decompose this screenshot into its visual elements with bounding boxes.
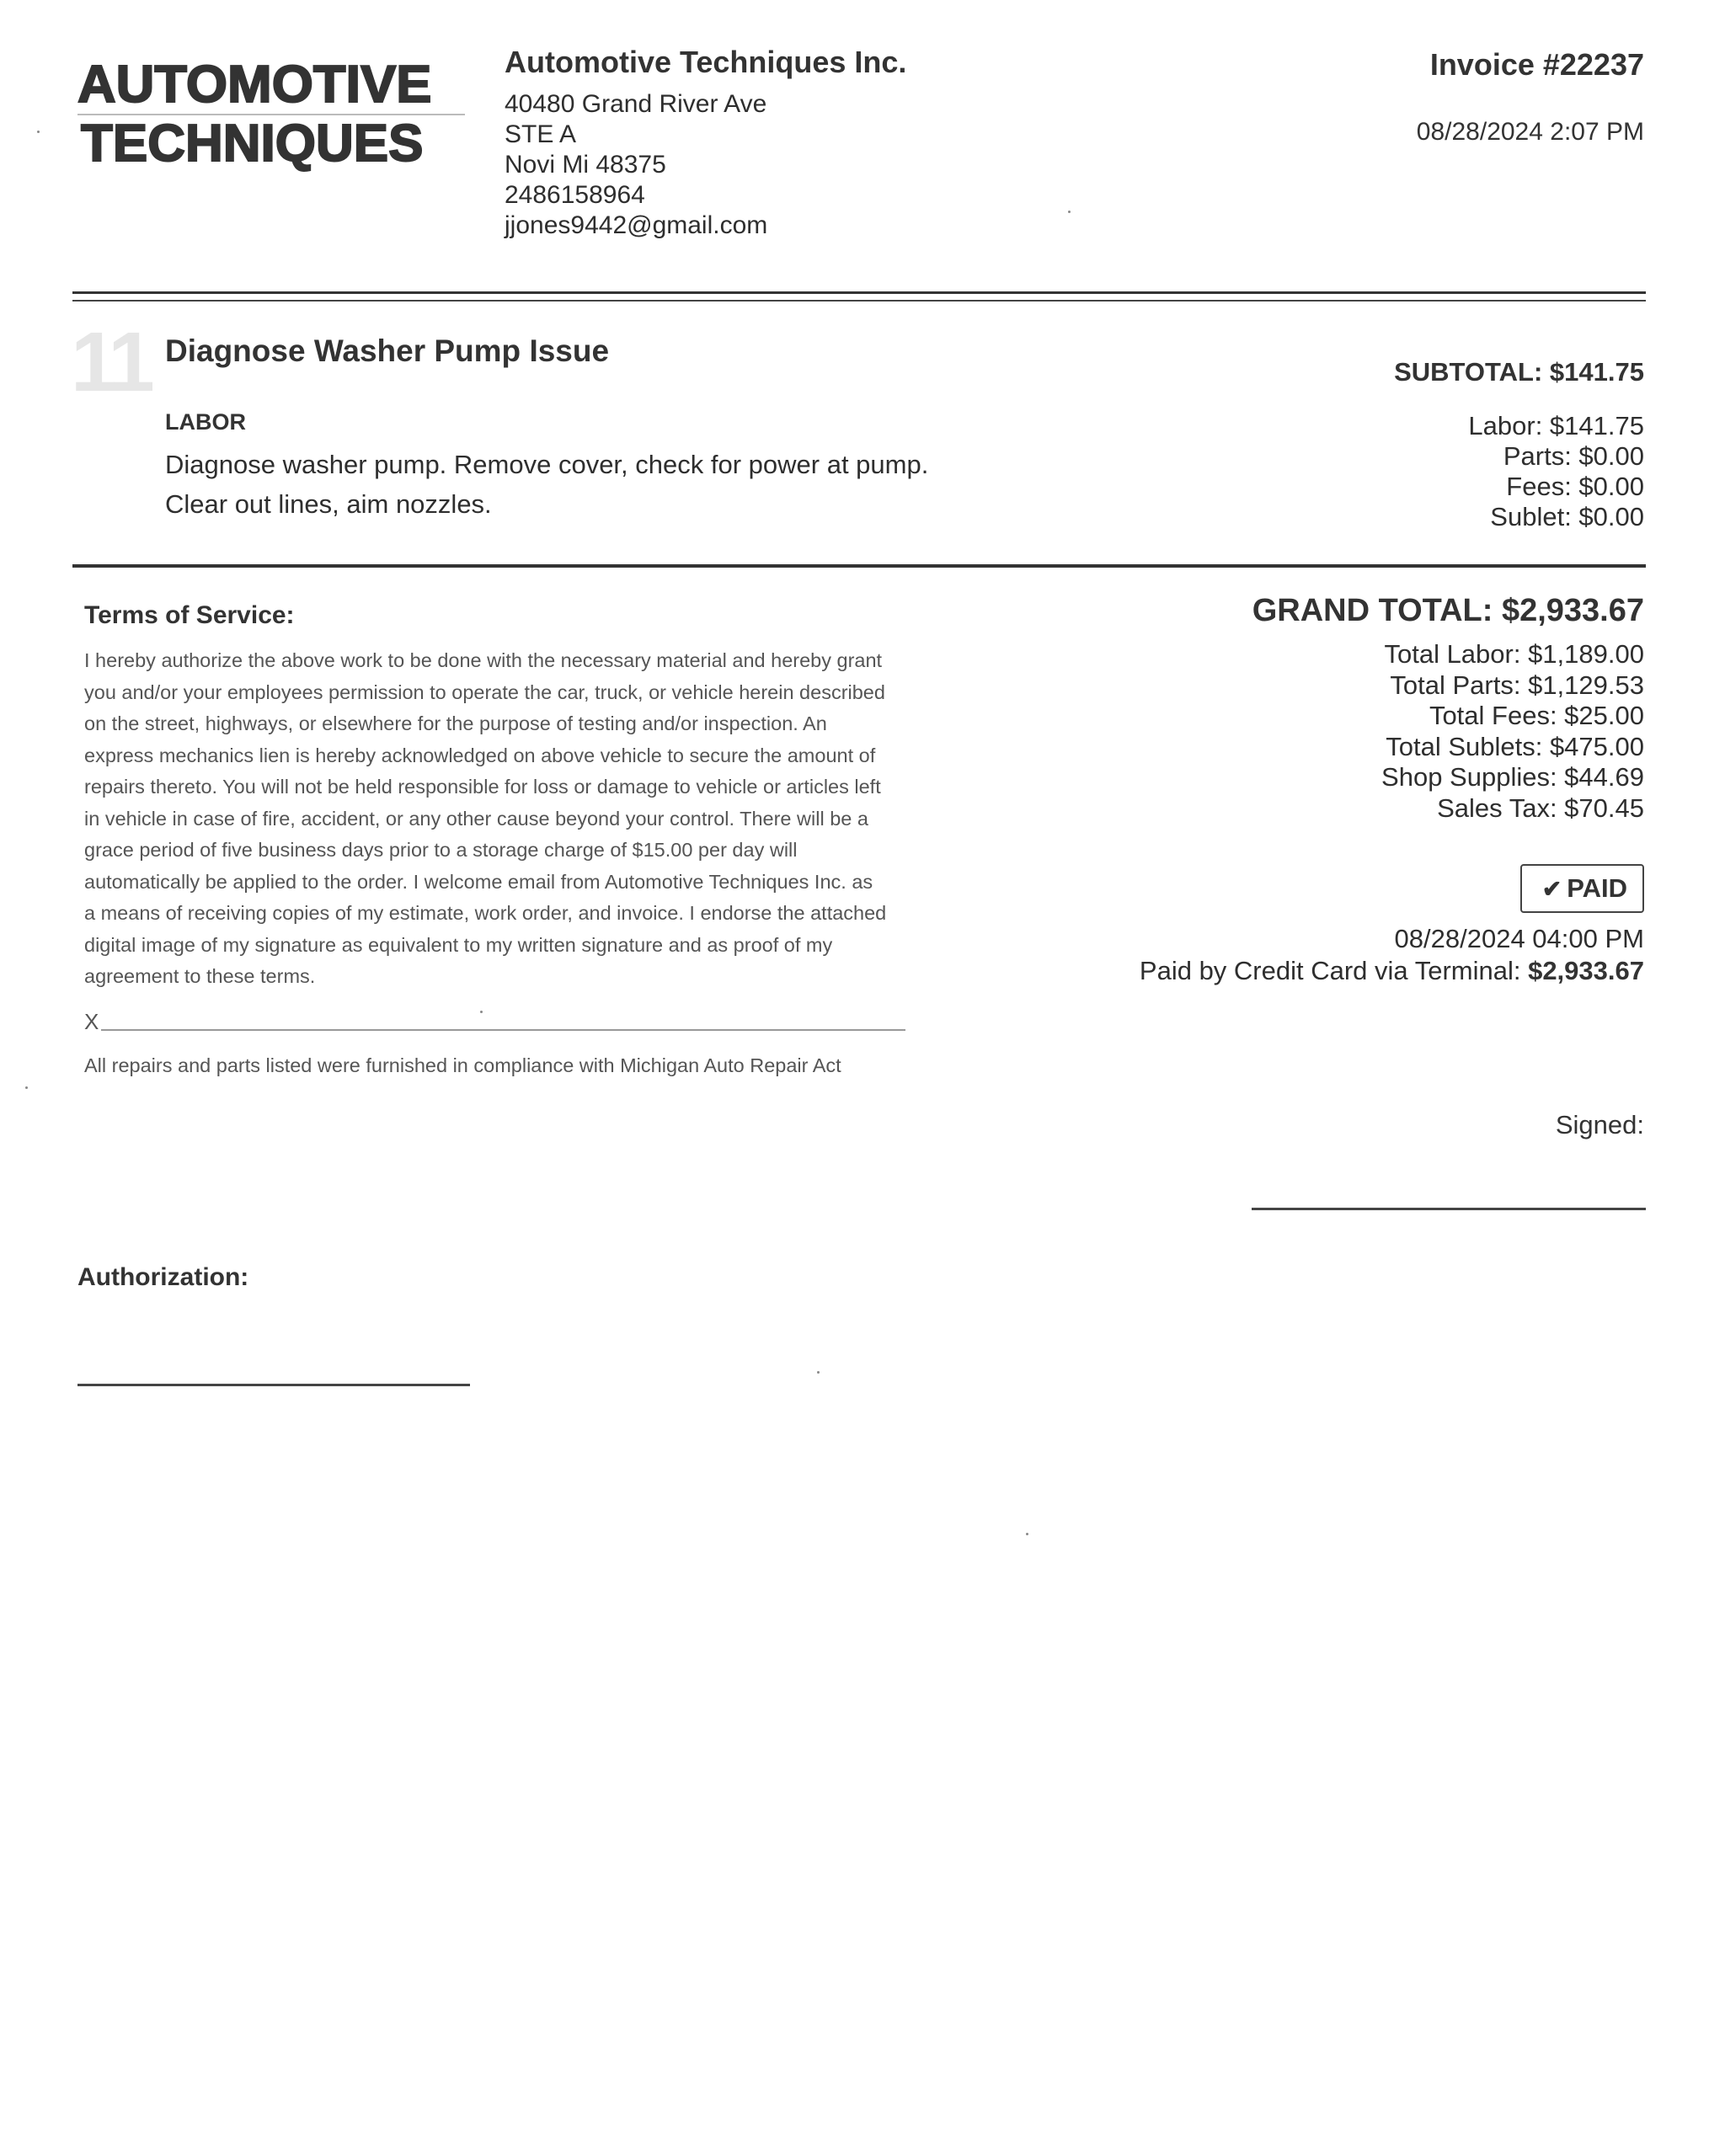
company-address-line1: 40480 Grand River Ave	[505, 89, 906, 120]
grand-total: GRAND TOTAL: $2,933.67	[1252, 593, 1644, 629]
job-breakdown-parts: Parts: $0.00	[1394, 441, 1644, 472]
payment-info: 08/28/2024 04:00 PM Paid by Credit Card …	[1140, 923, 1644, 987]
company-name: Automotive Techniques Inc.	[505, 47, 906, 77]
invoice-meta: Invoice #22237 08/28/2024 2:07 PM	[1417, 47, 1644, 147]
terms-line: a means of receiving copies of my estima…	[84, 898, 994, 930]
job-line-type: LABOR	[165, 409, 246, 435]
customer-signature-line[interactable]	[101, 1029, 905, 1031]
shop-supplies: Shop Supplies: $44.69	[1252, 762, 1644, 793]
job-description-line-1: Diagnose washer pump. Remove cover, chec…	[165, 445, 1007, 484]
paid-status-badge: ✔ PAID	[1520, 864, 1644, 913]
sales-tax: Sales Tax: $70.45	[1252, 793, 1644, 825]
payment-datetime: 08/28/2024 04:00 PM	[1140, 923, 1644, 955]
company-logo: AUTOMOTIVE TECHNIQUES	[77, 59, 473, 170]
terms-title: Terms of Service:	[84, 601, 295, 630]
check-icon: ✔	[1542, 875, 1562, 903]
compliance-statement: All repairs and parts listed were furnis…	[84, 1054, 841, 1077]
job-subtotal-block: SUBTOTAL: $141.75 Labor: $141.75 Parts: …	[1394, 357, 1644, 532]
terms-body: I hereby authorize the above work to be …	[84, 645, 994, 993]
authorization-signature-line[interactable]	[77, 1384, 470, 1386]
job-breakdown-sublet: Sublet: $0.00	[1394, 502, 1644, 532]
company-email: jjones9442@gmail.com	[505, 211, 906, 241]
scan-speck	[37, 131, 40, 133]
job-number: 11	[71, 320, 150, 404]
header-divider	[72, 291, 1646, 302]
authorization-label: Authorization:	[77, 1263, 248, 1292]
terms-line: automatically be applied to the order. I…	[84, 867, 994, 899]
terms-line: express mechanics lien is hereby acknowl…	[84, 740, 994, 772]
job-description-line-2: Clear out lines, aim nozzles.	[165, 484, 1007, 524]
invoice-number: Invoice #22237	[1417, 47, 1644, 83]
total-fees: Total Fees: $25.00	[1252, 701, 1644, 732]
scan-speck	[25, 1086, 28, 1089]
scan-speck	[817, 1371, 820, 1374]
company-city-state-zip: Novi Mi 48375	[505, 150, 906, 180]
payment-method: Paid by Credit Card via Terminal:	[1140, 956, 1528, 985]
company-phone: 2486158964	[505, 180, 906, 211]
job-breakdown-labor: Labor: $141.75	[1394, 411, 1644, 441]
logo-line-2: TECHNIQUES	[81, 118, 473, 170]
paid-status-label: PAID	[1567, 873, 1627, 904]
company-info: Automotive Techniques Inc. 40480 Grand R…	[505, 47, 906, 241]
payment-method-line: Paid by Credit Card via Terminal: $2,933…	[1140, 955, 1644, 987]
job-description: Diagnose washer pump. Remove cover, chec…	[165, 445, 1007, 524]
scan-speck	[1068, 211, 1071, 213]
total-sublets: Total Sublets: $475.00	[1252, 732, 1644, 763]
job-subtotal: SUBTOTAL: $141.75	[1394, 357, 1644, 387]
grand-total-block: GRAND TOTAL: $2,933.67 Total Labor: $1,1…	[1252, 593, 1644, 824]
terms-line: in vehicle in case of fire, accident, or…	[84, 803, 994, 835]
terms-line: repairs thereto. You will not be held re…	[84, 771, 994, 803]
scan-speck	[480, 1011, 483, 1013]
scan-speck	[1026, 1533, 1028, 1535]
logo-line-1: AUTOMOTIVE	[77, 59, 481, 111]
job-title: Diagnose Washer Pump Issue	[165, 334, 609, 369]
total-parts: Total Parts: $1,129.53	[1252, 670, 1644, 702]
section-divider	[72, 564, 1646, 568]
signed-signature-line[interactable]	[1252, 1208, 1646, 1210]
signature-x-mark: X	[84, 1009, 99, 1035]
invoice-datetime: 08/28/2024 2:07 PM	[1417, 118, 1644, 147]
terms-line: grace period of five business days prior…	[84, 835, 994, 867]
terms-line: you and/or your employees permission to …	[84, 677, 994, 709]
terms-line: agreement to these terms.	[84, 961, 994, 993]
total-labor: Total Labor: $1,189.00	[1252, 639, 1644, 670]
job-breakdown-fees: Fees: $0.00	[1394, 472, 1644, 502]
terms-line: I hereby authorize the above work to be …	[84, 645, 994, 677]
signed-label: Signed:	[1556, 1110, 1644, 1140]
company-address-line2: STE A	[505, 120, 906, 150]
terms-line: on the street, highways, or elsewhere fo…	[84, 708, 994, 740]
terms-line: digital image of my signature as equival…	[84, 930, 994, 962]
payment-amount: $2,933.67	[1528, 956, 1644, 985]
